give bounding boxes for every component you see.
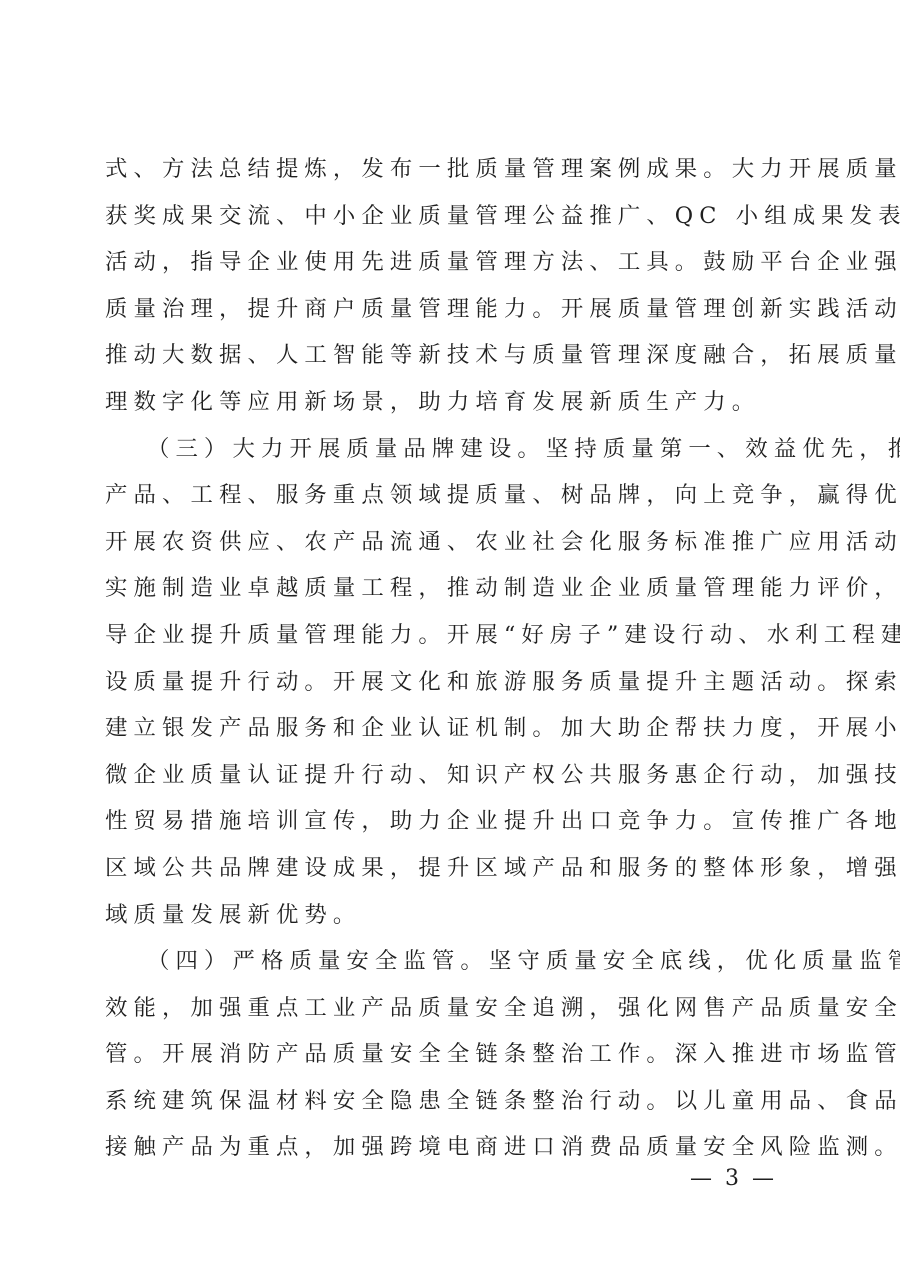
text-line: 开展农资供应、农产品流通、农业社会化服务标准推广应用活动。 xyxy=(105,519,805,566)
paragraph-section-4: （四）严格质量安全监管。坚守质量安全底线，优化质量监管 效能，加强重点工业产品质… xyxy=(105,938,805,1171)
paragraph-section-3: （三）大力开展质量品牌建设。坚持质量第一、效益优先，推动 产品、工程、服务重点领… xyxy=(105,426,805,939)
text-line: 接触产品为重点，加强跨境电商进口消费品质量安全风险监测。 xyxy=(105,1124,805,1171)
text-line: 导企业提升质量管理能力。开展“好房子”建设行动、水利工程建 xyxy=(105,612,805,659)
text-line: 微企业质量认证提升行动、知识产权公共服务惠企行动，加强技术 xyxy=(105,752,805,799)
section-heading-line: （四）严格质量安全监管。坚守质量安全底线，优化质量监管 xyxy=(105,938,805,985)
text-line: 管。开展消防产品质量安全全链条整治工作。深入推进市场监管 xyxy=(105,1031,805,1078)
text-line: 质量治理，提升商户质量管理能力。开展质量管理创新实践活动， xyxy=(105,286,805,333)
text-line: 性贸易措施培训宣传，助力企业提升出口竞争力。宣传推广各地 xyxy=(105,798,805,845)
text-line: 实施制造业卓越质量工程，推动制造业企业质量管理能力评价，引 xyxy=(105,565,805,612)
text-line: 域质量发展新优势。 xyxy=(105,892,805,939)
page-number: — 3 — xyxy=(690,1166,777,1191)
text-line: 建立银发产品服务和企业认证机制。加大助企帮扶力度，开展小 xyxy=(105,705,805,752)
document-page: 式、方法总结提炼，发布一批质量管理案例成果。大力开展质量奖 获奖成果交流、中小企… xyxy=(0,0,900,1273)
text-line: 理数字化等应用新场景，助力培育发展新质生产力。 xyxy=(105,379,805,426)
text-line: 设质量提升行动。开展文化和旅游服务质量提升主题活动。探索 xyxy=(105,659,805,706)
text-line: 产品、工程、服务重点领域提质量、树品牌，向上竞争，赢得优势。 xyxy=(105,472,805,519)
text-line: 活动，指导企业使用先进质量管理方法、工具。鼓励平台企业强化 xyxy=(105,239,805,286)
text-line: 区域公共品牌建设成果，提升区域产品和服务的整体形象，增强区 xyxy=(105,845,805,892)
text-line: 获奖成果交流、中小企业质量管理公益推广、QC 小组成果发表等 xyxy=(105,193,805,240)
body-text: 式、方法总结提炼，发布一批质量管理案例成果。大力开展质量奖 获奖成果交流、中小企… xyxy=(105,146,805,1171)
text-line: 系统建筑保温材料安全隐患全链条整治行动。以儿童用品、食品 xyxy=(105,1078,805,1125)
section-heading-line: （三）大力开展质量品牌建设。坚持质量第一、效益优先，推动 xyxy=(105,426,805,473)
text-line: 式、方法总结提炼，发布一批质量管理案例成果。大力开展质量奖 xyxy=(105,146,805,193)
text-line: 推动大数据、人工智能等新技术与质量管理深度融合，拓展质量管 xyxy=(105,332,805,379)
text-line: 效能，加强重点工业产品质量安全追溯，强化网售产品质量安全监 xyxy=(105,985,805,1032)
paragraph-continued: 式、方法总结提炼，发布一批质量管理案例成果。大力开展质量奖 获奖成果交流、中小企… xyxy=(105,146,805,426)
